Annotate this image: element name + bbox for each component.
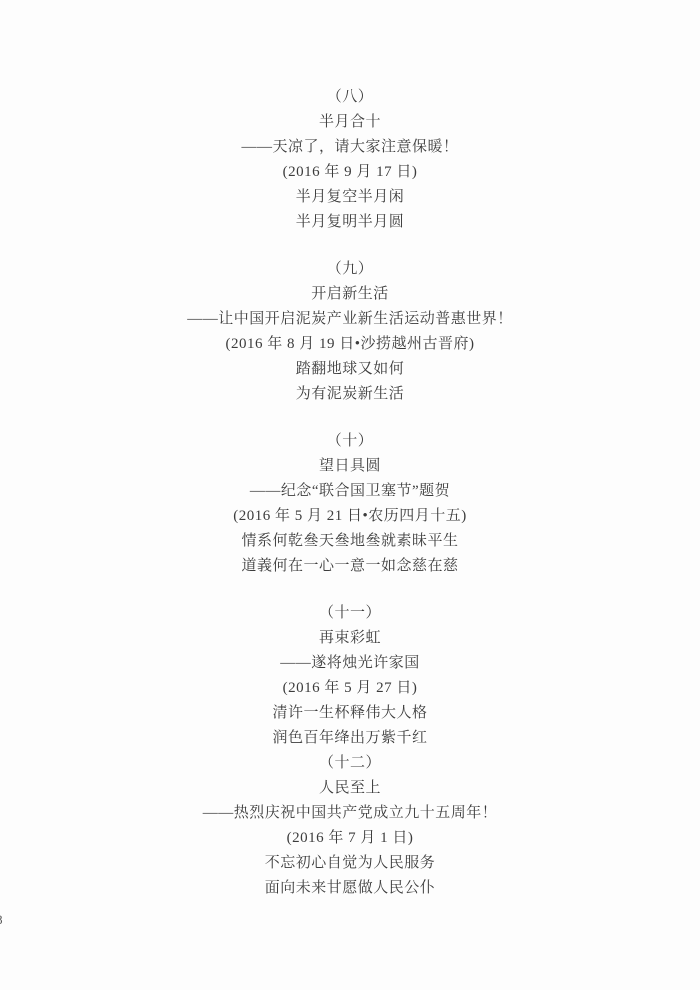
- poem-line-2: 面向未来甘愿做人民公仆: [0, 876, 700, 901]
- poem-subtitle: ——纪念“联合国卫塞节”题贺: [0, 479, 700, 504]
- poem-subtitle: ——热烈庆祝中国共产党成立九十五周年！: [0, 801, 700, 826]
- poem-section-10: （十） 望日具圆 ——纪念“联合国卫塞节”题贺 (2016 年 5 月 21 日…: [0, 429, 700, 579]
- poem-section-11: （十一） 再束彩虹 ——遂将烛光许家国 (2016 年 5 月 27 日) 清许…: [0, 601, 700, 751]
- poem-subtitle: ——遂将烛光许家国: [0, 651, 700, 676]
- poem-section-9: （九） 开启新生活 ——让中国开启泥炭产业新生活运动普惠世界！ (2016 年 …: [0, 257, 700, 407]
- poem-line-2: 半月复明半月圆: [0, 210, 700, 235]
- page-number: 8: [0, 912, 3, 928]
- poem-line-1: 踏翻地球又如何: [0, 357, 700, 382]
- poem-title: 再束彩虹: [0, 626, 700, 651]
- poem-line-1: 情系何乾叄天叄地叄就素昧平生: [0, 529, 700, 554]
- poem-title: 望日具圆: [0, 454, 700, 479]
- section-number: （十二）: [0, 751, 700, 776]
- section-number: （十一）: [0, 601, 700, 626]
- poem-line-2: 润色百年绛出万紫千红: [0, 726, 700, 751]
- section-number: （十）: [0, 429, 700, 454]
- poem-line-2: 道義何在一心一意一如念慈在慈: [0, 554, 700, 579]
- poem-date: (2016 年 9 月 17 日): [0, 160, 700, 185]
- poem-subtitle: ——天凉了，请大家注意保暖！: [0, 135, 700, 160]
- poem-title: 开启新生活: [0, 282, 700, 307]
- poem-title: 人民至上: [0, 776, 700, 801]
- poem-section-8: （八） 半月合十 ——天凉了，请大家注意保暖！ (2016 年 9 月 17 日…: [0, 85, 700, 235]
- section-number: （八）: [0, 85, 700, 110]
- poem-date: (2016 年 5 月 27 日): [0, 676, 700, 701]
- poem-date: (2016 年 8 月 19 日•沙捞越州古晋府): [0, 332, 700, 357]
- section-number: （九）: [0, 257, 700, 282]
- poem-line-1: 不忘初心自觉为人民服务: [0, 851, 700, 876]
- poem-line-1: 半月复空半月闲: [0, 185, 700, 210]
- poems-content: （八） 半月合十 ——天凉了，请大家注意保暖！ (2016 年 9 月 17 日…: [0, 0, 700, 901]
- document-page: （八） 半月合十 ——天凉了，请大家注意保暖！ (2016 年 9 月 17 日…: [0, 0, 700, 990]
- poem-line-1: 清许一生杯释伟大人格: [0, 701, 700, 726]
- poem-date: (2016 年 5 月 21 日•农历四月十五): [0, 504, 700, 529]
- poem-subtitle: ——让中国开启泥炭产业新生活运动普惠世界！: [0, 307, 700, 332]
- poem-line-2: 为有泥炭新生活: [0, 382, 700, 407]
- poem-section-12: （十二） 人民至上 ——热烈庆祝中国共产党成立九十五周年！ (2016 年 7 …: [0, 751, 700, 901]
- poem-title: 半月合十: [0, 110, 700, 135]
- poem-date: (2016 年 7 月 1 日): [0, 826, 700, 851]
